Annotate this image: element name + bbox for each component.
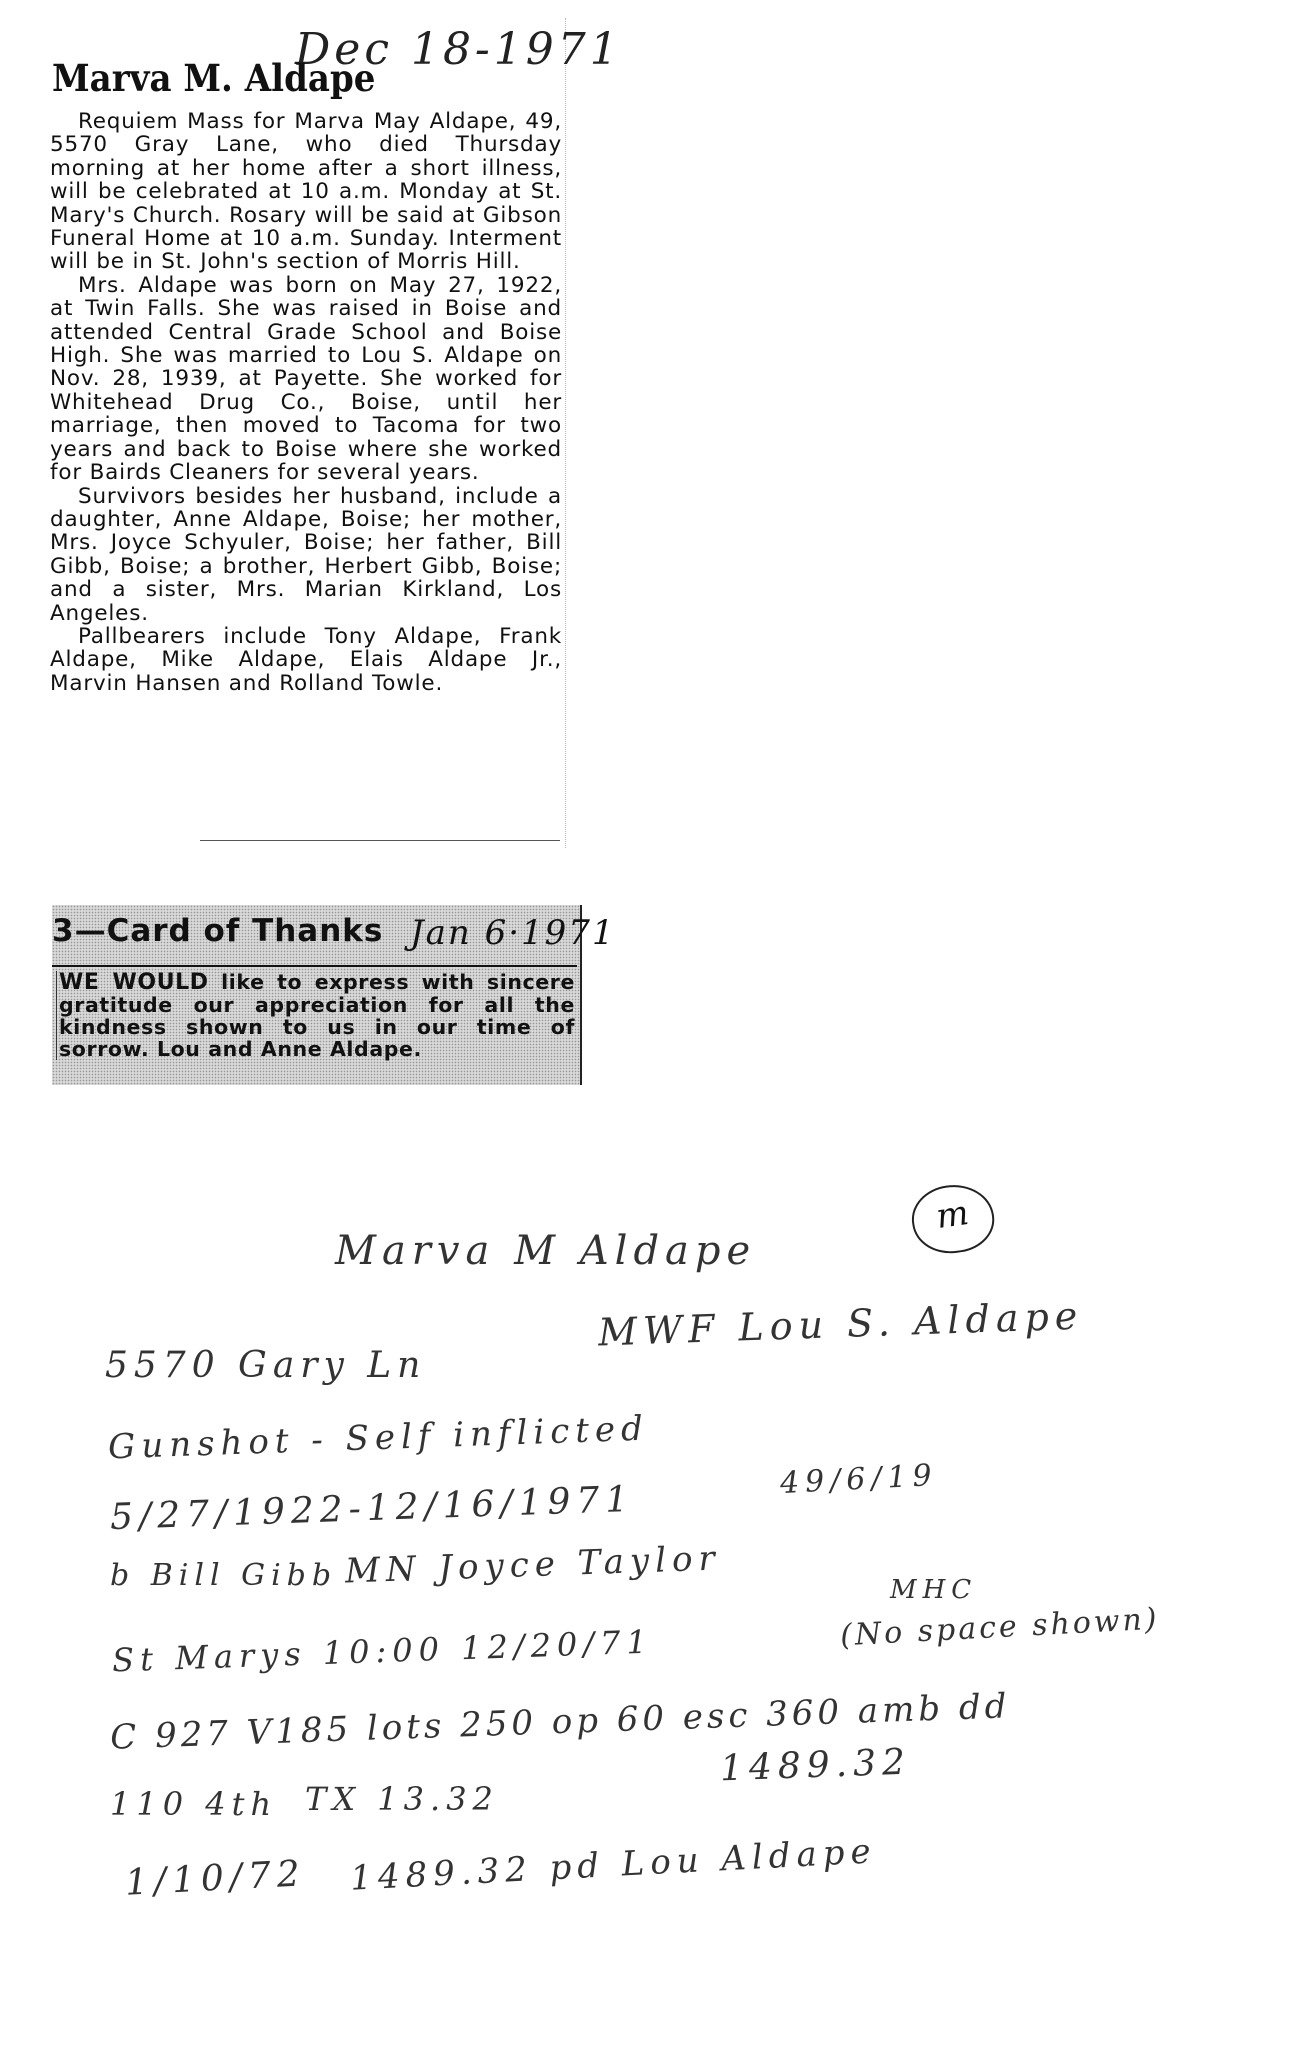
- obituary-paragraph: Mrs. Aldape was born on May 27, 1922, at…: [50, 274, 562, 485]
- card-of-thanks-lead: WE WOULD: [59, 970, 209, 995]
- obituary-paragraph: Survivors besides her husband, include a…: [50, 485, 562, 625]
- handwritten-mother: MN Joyce Taylor: [344, 1538, 721, 1591]
- handwritten-paid-date: 1/10/72: [124, 1853, 307, 1903]
- obituary-paragraph: Pallbearers include Tony Aldape, Frank A…: [50, 625, 562, 695]
- divider: [200, 840, 560, 842]
- handwritten-amount: 1489.32: [719, 1742, 911, 1790]
- handwritten-cause: Gunshot - Self inflicted: [107, 1409, 649, 1468]
- handwritten-name: Marva M Aldape: [335, 1228, 756, 1274]
- card-of-thanks-heading: 3—Card of Thanks: [52, 913, 383, 949]
- obituary-title: Marva M. Aldape: [52, 56, 375, 100]
- handwritten-street: 110 4th: [110, 1785, 277, 1823]
- handwritten-dates: 5/27/1922-12/16/1971: [109, 1479, 634, 1538]
- obituary-clipping: Dec 18-1971 Marva M. Aldape Requiem Mass…: [50, 18, 566, 848]
- obituary-body: Requiem Mass for Marva May Aldape, 49, 5…: [50, 110, 562, 695]
- obituary-paragraph: Requiem Mass for Marva May Aldape, 49, 5…: [50, 110, 562, 274]
- card-of-thanks-body: WE WOULD like to express with sincere gr…: [56, 971, 575, 1060]
- handwritten-spouse: MWF Lou S. Aldape: [597, 1294, 1084, 1355]
- divider: [52, 965, 577, 967]
- handwritten-service: St Marys 10:00 12/20/71: [112, 1623, 654, 1680]
- handwritten-age: 49/6/19: [779, 1458, 938, 1501]
- handwritten-father: b Bill Gibb: [110, 1558, 337, 1593]
- card-of-thanks-clipping: 3—Card of Thanks Jan 6·1971 WE WOULD lik…: [52, 905, 582, 1085]
- handwritten-address: 5570 Gary Ln: [105, 1345, 426, 1386]
- handwritten-no-space: (No space shown): [839, 1602, 1160, 1654]
- handwritten-mhc: MHC: [890, 1575, 977, 1605]
- handwritten-tax: TX 13.32: [305, 1780, 499, 1818]
- circled-m-mark: m: [908, 1180, 999, 1259]
- handwritten-payment: 1489.32 pd Lou Aldape: [349, 1831, 877, 1899]
- handwritten-date: Jan 6·1971: [410, 913, 616, 953]
